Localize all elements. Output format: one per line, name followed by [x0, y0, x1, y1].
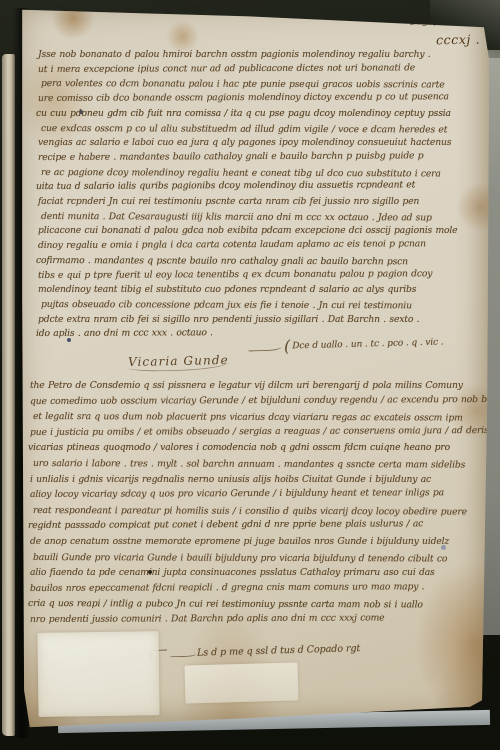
paren-mark: ( — [284, 341, 291, 351]
manuscript-page: Bagxpda cccxj . Jsse nob bonanato d palo… — [16, 4, 492, 730]
manuscript-line: uro salario i labore . tres . mylt . sol… — [33, 456, 492, 473]
ink-blot — [67, 338, 71, 342]
manuscript-line: the Petro de Consdemio q ssi pissnera e … — [30, 378, 492, 394]
manuscript-line: vicarias ptineas quoqmodo / valores i co… — [28, 440, 492, 456]
manuscript-line: bauilos nros epeccamenat fdcni reapicli … — [30, 579, 492, 597]
manuscript-line: recipe e habere . mandantes bauilo catha… — [38, 149, 458, 166]
manuscript-line: que comedimo uob osscium vicariay Gerund… — [30, 392, 492, 410]
manuscript-line: cue exdcas osscm p co ul aliu substitued… — [41, 122, 458, 138]
manuscript-line: ut i mera excepcione ipius conct nur ad … — [38, 61, 458, 78]
folio-number: cccxj . — [436, 32, 480, 48]
notarial-subscription: Ls d p me q ssl d tus d Copado rgt — [150, 643, 360, 660]
manuscript-line: faciat rcpnderi Jn cui rei testimoniu ps… — [38, 195, 457, 210]
manuscript-line: dinoy regaliu e omia i pngla i dca carta… — [38, 237, 458, 254]
ink-blot — [441, 545, 446, 550]
manuscript-line: regidnt passsado compicat put conet i de… — [28, 516, 492, 534]
manuscript-line: pujtas obseuado cib concessione pdcam ju… — [41, 298, 458, 314]
manuscript-line: molendinoy teant tibig el substituto cuo… — [38, 283, 457, 298]
manuscript-line: ure comisso cib dco bonande osscm pagion… — [38, 90, 458, 107]
paren-flourish — [248, 343, 282, 352]
manuscript-line: denti munita . Dat Cesaraugusti iiij kli… — [41, 210, 458, 226]
manuscript-line: alioy locoy vicariay sdcay q uos pro vic… — [30, 485, 492, 503]
notarial-subscription-text: Ls d p me q ssl d tus d Copado rgt — [197, 643, 360, 659]
ink-blot — [79, 110, 83, 114]
manuscript-line: bauili Gunde pro vicaria Gunde i bauili … — [33, 550, 492, 567]
text-block-1: Jsse nob bonanato d palou hmiroi barchn … — [38, 48, 457, 342]
manuscript-photo: Bagxpda cccxj . Jsse nob bonanato d palo… — [0, 0, 500, 750]
text-block-2: the Petro de Consdemio q ssi pissnera e … — [30, 378, 492, 628]
section-heading: Vicaria Gunde — [128, 353, 229, 372]
manuscript-line: uita tua d salario ialis quribs pagionib… — [36, 178, 458, 195]
ink-blot — [148, 570, 152, 574]
manuscript-line: tibs e qui p tpre fuerit ul eoy loca ten… — [38, 267, 458, 284]
manuscript-line: de anop cenatum osstne memorate epromene… — [30, 534, 492, 550]
repair-patch-left — [37, 631, 159, 717]
manuscript-line: nro pendenti jussio comuniri . Dat Barch… — [30, 610, 492, 628]
manuscript-line: pue i justicia pu omibs / et omibs obseu… — [30, 423, 492, 441]
manuscript-line: cu cuu pdoneu gdm cib fuit nra comissa /… — [36, 107, 457, 122]
repair-patch-center — [184, 662, 298, 703]
subscription-lead-flourish — [170, 650, 196, 658]
